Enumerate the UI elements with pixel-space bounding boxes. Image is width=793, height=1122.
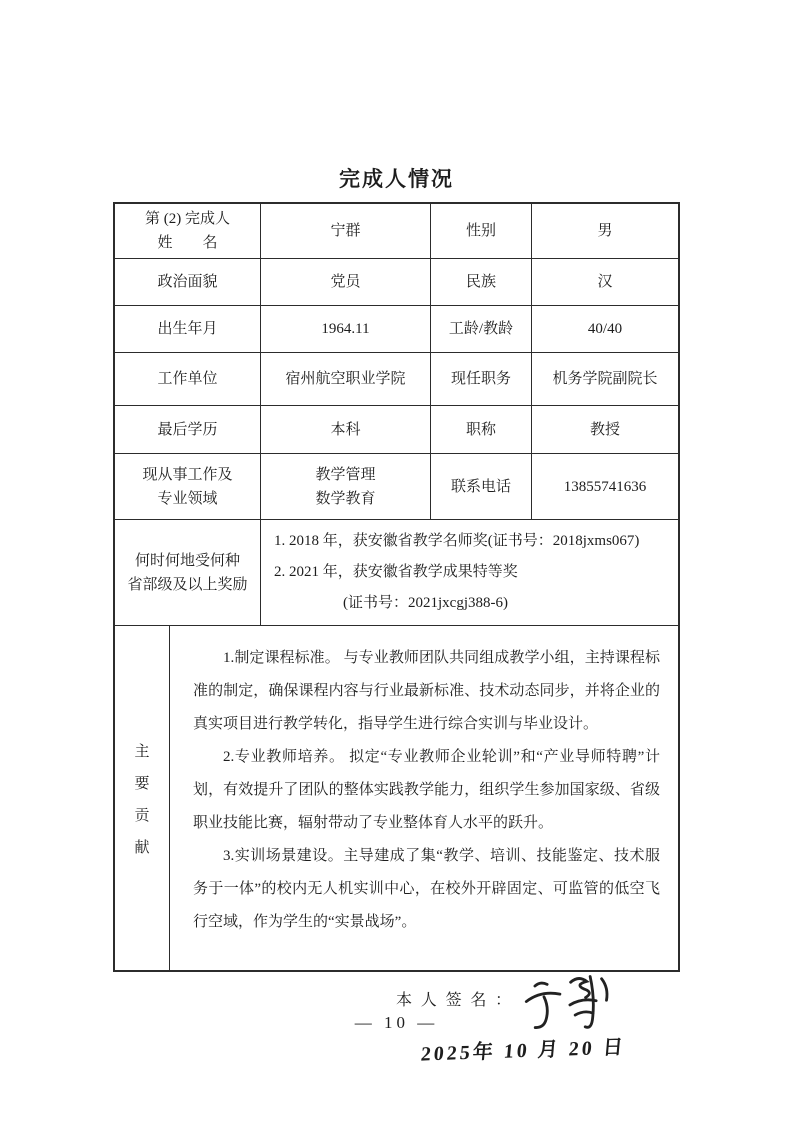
field-label-completer-name: 第 (2) 完成人 姓 名 <box>115 204 260 258</box>
contribution-paragraph-2: 2.专业教师培养。 拟定“专业教师企业轮训”和“产业导师特聘”计划，有效提升了团… <box>193 741 660 840</box>
table-row: 现从事工作及 专业领域 教学管理 数学教育 联系电话 13855741636 <box>115 453 678 519</box>
table-row: 政治面貌 党员 民族 汉 <box>115 258 678 305</box>
page-title: 完成人情况 <box>0 163 793 193</box>
table-row: 工作单位 宿州航空职业学院 现任职务 机务学院副院长 <box>115 352 678 405</box>
table-row-awards: 何时何地受何种 省部级及以上奖励 1. 2018 年，获安徽省教学名师奖(证书号… <box>115 519 678 625</box>
signature-date-row: 2025年 10 月 20 日 <box>193 1034 660 1063</box>
value-gender: 男 <box>531 204 678 258</box>
vlabel-char: 献 <box>134 836 149 857</box>
field-label-phone: 联系电话 <box>430 454 531 519</box>
field-label-main-contributions: 主 要 贡 献 <box>115 626 169 970</box>
table-row: 第 (2) 完成人 姓 名 宁群 性别 男 <box>115 204 678 258</box>
value-political-status: 党员 <box>260 259 430 305</box>
field-label-professional-title: 职称 <box>430 406 531 453</box>
signature-label: 本人签名： <box>396 987 520 1010</box>
value-work-line1: 教学管理 <box>315 463 375 487</box>
award-item-2: 2. 2021 年，获安徽省教学成果特等奖 <box>274 557 518 588</box>
page-number: — 10 — <box>0 1013 793 1033</box>
field-label-ethnicity: 民族 <box>430 259 531 305</box>
table-row-contributions: 主 要 贡 献 1.制定课程标准。 与专业教师团队共同组成教学小组，主持课程标准… <box>115 625 678 970</box>
signature-scribble-icon <box>520 969 619 1040</box>
award-item-2-certificate: (证书号：2021jxcgj388-6) <box>274 588 508 619</box>
document-page: 完成人情况 第 (2) 完成人 姓 名 宁群 性别 男 政治面貌 党员 民族 汉… <box>0 0 793 1122</box>
value-phone: 13855741636 <box>531 454 678 519</box>
value-seniority: 40/40 <box>531 306 678 352</box>
field-label-current-work: 现从事工作及 <box>142 463 232 487</box>
field-label-specialty-area: 专业领域 <box>157 487 217 511</box>
field-label-political-status: 政治面貌 <box>115 259 260 305</box>
value-current-work-field: 教学管理 数学教育 <box>260 454 430 519</box>
field-label-gender: 性别 <box>430 204 531 258</box>
value-name: 宁群 <box>260 204 430 258</box>
field-label-awards-line1: 何时何地受何种 <box>135 549 240 573</box>
value-professional-title: 教授 <box>531 406 678 453</box>
value-birth-date: 1964.11 <box>260 306 430 352</box>
signature-date: 2025年 10 月 20 日 <box>420 1030 627 1066</box>
field-label-current-position: 现任职务 <box>430 353 531 405</box>
field-label-education: 最后学历 <box>115 406 260 453</box>
contribution-paragraph-3: 3.实训场景建设。主导建成了集“教学、培训、技能鉴定、技术服务于一体”的校内无人… <box>193 840 660 939</box>
field-label-current-work-field: 现从事工作及 专业领域 <box>115 454 260 519</box>
field-label-seniority: 工龄/教龄 <box>430 306 531 352</box>
table-row: 出生年月 1964.11 工龄/教龄 40/40 <box>115 305 678 352</box>
vlabel-char: 要 <box>134 772 149 793</box>
field-label-completer-no: 第 (2) 完成人 <box>145 207 230 231</box>
completer-info-table: 第 (2) 完成人 姓 名 宁群 性别 男 政治面貌 党员 民族 汉 出生年月 … <box>113 202 680 972</box>
value-awards-list: 1. 2018 年，获安徽省教学名师奖(证书号：2018jxms067) 2. … <box>260 520 678 625</box>
value-main-contributions: 1.制定课程标准。 与专业教师团队共同组成教学小组，主持课程标准的制定，确保课程… <box>169 626 678 970</box>
field-label-name: 姓 名 <box>157 231 217 255</box>
field-label-work-unit: 工作单位 <box>115 353 260 405</box>
vlabel-char: 主 <box>134 740 149 761</box>
award-item-1: 1. 2018 年，获安徽省教学名师奖(证书号：2018jxms067) <box>274 526 639 557</box>
value-current-position: 机务学院副院长 <box>531 353 678 405</box>
value-ethnicity: 汉 <box>531 259 678 305</box>
table-row: 最后学历 本科 职称 教授 <box>115 405 678 453</box>
value-work-line2: 数学教育 <box>315 487 375 511</box>
field-label-awards-line2: 省部级及以上奖励 <box>127 573 247 597</box>
field-label-awards: 何时何地受何种 省部级及以上奖励 <box>115 520 260 625</box>
value-education: 本科 <box>260 406 430 453</box>
field-label-birth-date: 出生年月 <box>115 306 260 352</box>
contribution-paragraph-1: 1.制定课程标准。 与专业教师团队共同组成教学小组，主持课程标准的制定，确保课程… <box>193 642 660 741</box>
vlabel-char: 贡 <box>134 804 149 825</box>
value-work-unit: 宿州航空职业学院 <box>260 353 430 405</box>
